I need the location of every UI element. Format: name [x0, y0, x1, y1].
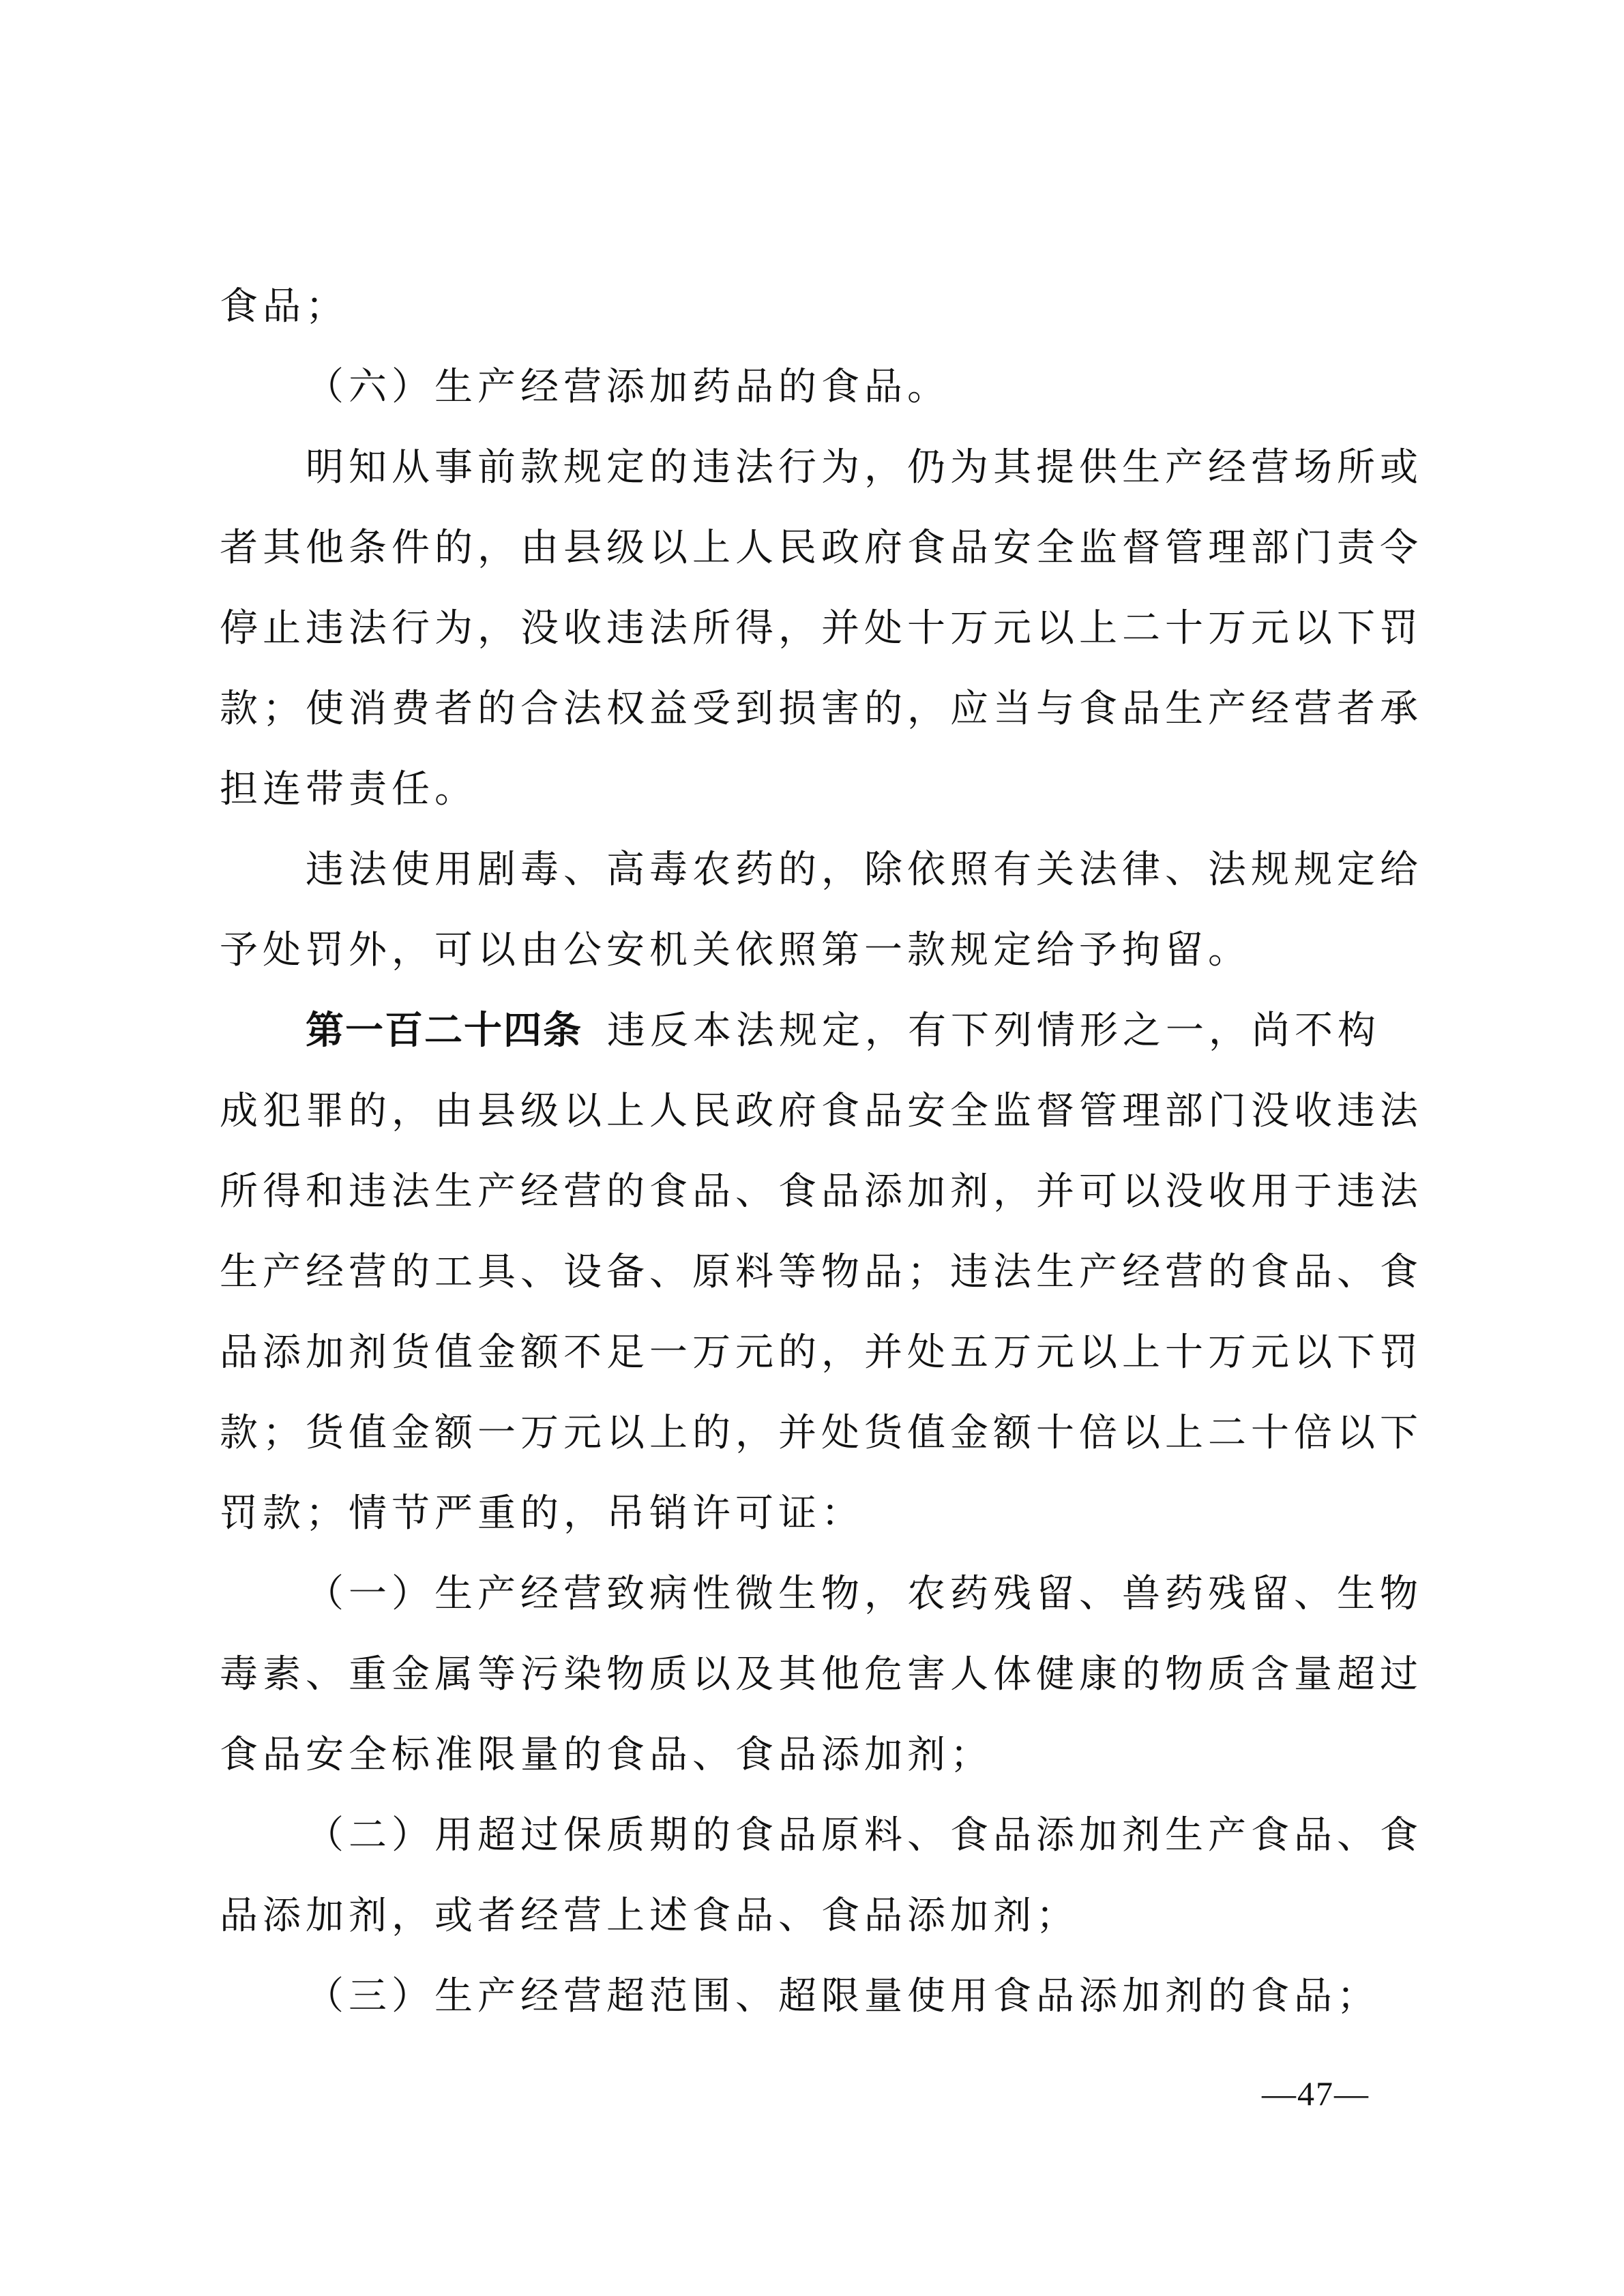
article-text: 违反本法规定，有下列情形之一，尚不构	[607, 1009, 1381, 1053]
text-line: 予处罚外，可以由公安机关依照第一款规定给予拘留。	[220, 923, 1251, 978]
text-line: 品添加剂货值金额不足一万元的，并处五万元以上十万元以下罚	[220, 1326, 1423, 1380]
text-line: （二）用超过保质期的食品原料、食品添加剂生产食品、食	[306, 1808, 1423, 1863]
article-heading-line: 第一百二十四条违反本法规定，有下列情形之一，尚不构	[306, 1004, 1381, 1058]
text-line: 所得和违法生产经营的食品、食品添加剂，并可以没收用于违法	[220, 1165, 1423, 1219]
text-line: （三）生产经营超范围、超限量使用食品添加剂的食品；	[306, 1969, 1380, 2024]
text-line: （六）生产经营添加药品的食品。	[306, 360, 950, 415]
document-page: 食品； （六）生产经营添加药品的食品。 明知从事前款规定的违法行为，仍为其提供生…	[220, 0, 1424, 2296]
text-line: 担连带责任。	[220, 762, 477, 817]
text-line: 品添加剂，或者经营上述食品、食品添加剂；	[220, 1889, 1079, 1943]
text-line: 罚款；情节严重的，吊销许可证：	[220, 1487, 864, 1541]
text-line: 明知从事前款规定的违法行为，仍为其提供生产经营场所或	[306, 441, 1423, 495]
text-line: 违法使用剧毒、高毒农药的，除依照有关法律、法规规定给	[306, 843, 1423, 897]
text-line: （一）生产经营致病性微生物，农药残留、兽药残留、生物	[306, 1567, 1423, 1622]
text-line: 款；使消费者的合法权益受到损害的，应当与食品生产经营者承	[220, 682, 1423, 736]
page-number: —47—	[1262, 2070, 1370, 2117]
text-line: 食品安全标准限量的食品、食品添加剂；	[220, 1728, 993, 1783]
text-line: 款；货值金额一万元以上的，并处货值金额十倍以上二十倍以下	[220, 1406, 1423, 1461]
text-line: 生产经营的工具、设备、原料等物品；违法生产经营的食品、食	[220, 1245, 1423, 1300]
text-line: 停止违法行为，没收违法所得，并处十万元以上二十万元以下罚	[220, 601, 1423, 656]
text-line: 成犯罪的，由县级以上人民政府食品安全监督管理部门没收违法	[220, 1084, 1423, 1139]
text-line: 毒素、重金属等污染物质以及其他危害人体健康的物质含量超过	[220, 1648, 1423, 1702]
text-line: 食品；	[220, 280, 349, 334]
article-number: 第一百二十四条	[306, 1009, 582, 1053]
text-line: 者其他条件的，由县级以上人民政府食品安全监督管理部门责令	[220, 521, 1423, 576]
